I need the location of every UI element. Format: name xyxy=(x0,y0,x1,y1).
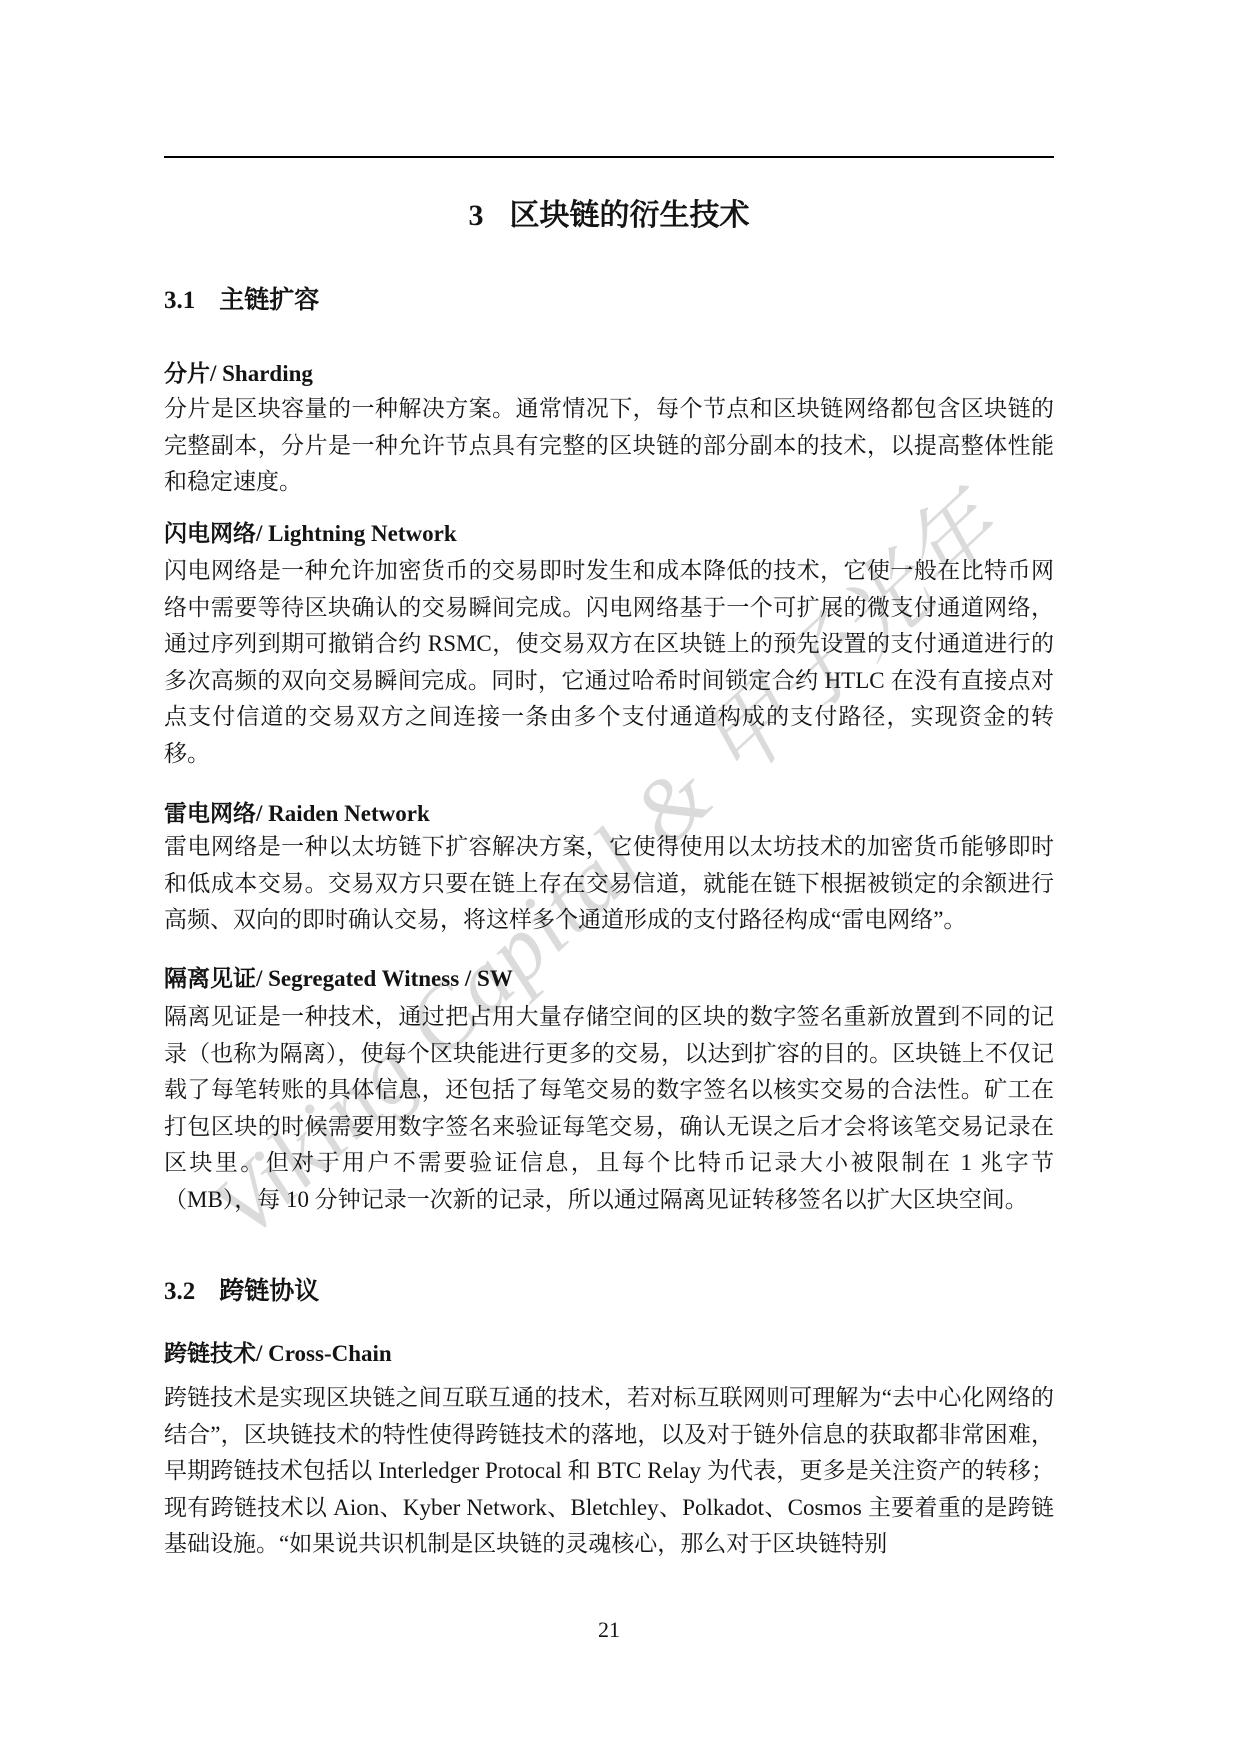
paragraph-sharding: 分片是区块容量的一种解决方案。通常情况下，每个节点和区块链网络都包含区块链的完整… xyxy=(164,391,1054,501)
subsection-heading-sharding: 分片/ Sharding xyxy=(164,361,1054,387)
section-number-3-2: 3.2 xyxy=(164,1278,195,1305)
paragraph-lightning-network: 闪电网络是一种允许加密货币的交易即时发生和成本降低的技术，它使一般在比特币网络中… xyxy=(164,553,1054,772)
paragraph-cross-chain: 跨链技术是实现区块链之间互联互通的技术，若对标互联网则可理解为“去中心化网络的结… xyxy=(164,1380,1054,1563)
chapter-number: 3 xyxy=(469,199,484,232)
header-rule xyxy=(164,156,1054,158)
subsection-heading-segregated-witness: 隔离见证/ Segregated Witness / SW xyxy=(164,966,1054,992)
section-heading-3-2: 3.2跨链协议 xyxy=(164,1278,1054,1307)
document-page: Viking Capital & 甲子光年 3区块链的衍生技术 3.1主链扩容 … xyxy=(0,0,1240,1754)
section-title-3-2: 跨链协议 xyxy=(219,1278,319,1305)
section-heading-3-1: 3.1主链扩容 xyxy=(164,287,1054,316)
page-number: 21 xyxy=(164,1617,1054,1643)
paragraph-segregated-witness: 隔离见证是一种技术，通过把占用大量存储空间的区块的数字签名重新放置到不同的记录（… xyxy=(164,999,1054,1218)
subsection-heading-lightning-network: 闪电网络/ Lightning Network xyxy=(164,521,1054,547)
paragraph-raiden-network: 雷电网络是一种以太坊链下扩容解决方案，它使得使用以太坊技术的加密货币能够即时和低… xyxy=(164,829,1054,939)
chapter-title-text: 区块链的衍生技术 xyxy=(510,199,750,232)
chapter-title: 3区块链的衍生技术 xyxy=(164,198,1054,234)
section-number-3-1: 3.1 xyxy=(164,287,195,314)
subsection-heading-cross-chain: 跨链技术/ Cross-Chain xyxy=(164,1341,1054,1367)
subsection-heading-raiden-network: 雷电网络/ Raiden Network xyxy=(164,801,1054,827)
section-title-3-1: 主链扩容 xyxy=(219,287,319,314)
